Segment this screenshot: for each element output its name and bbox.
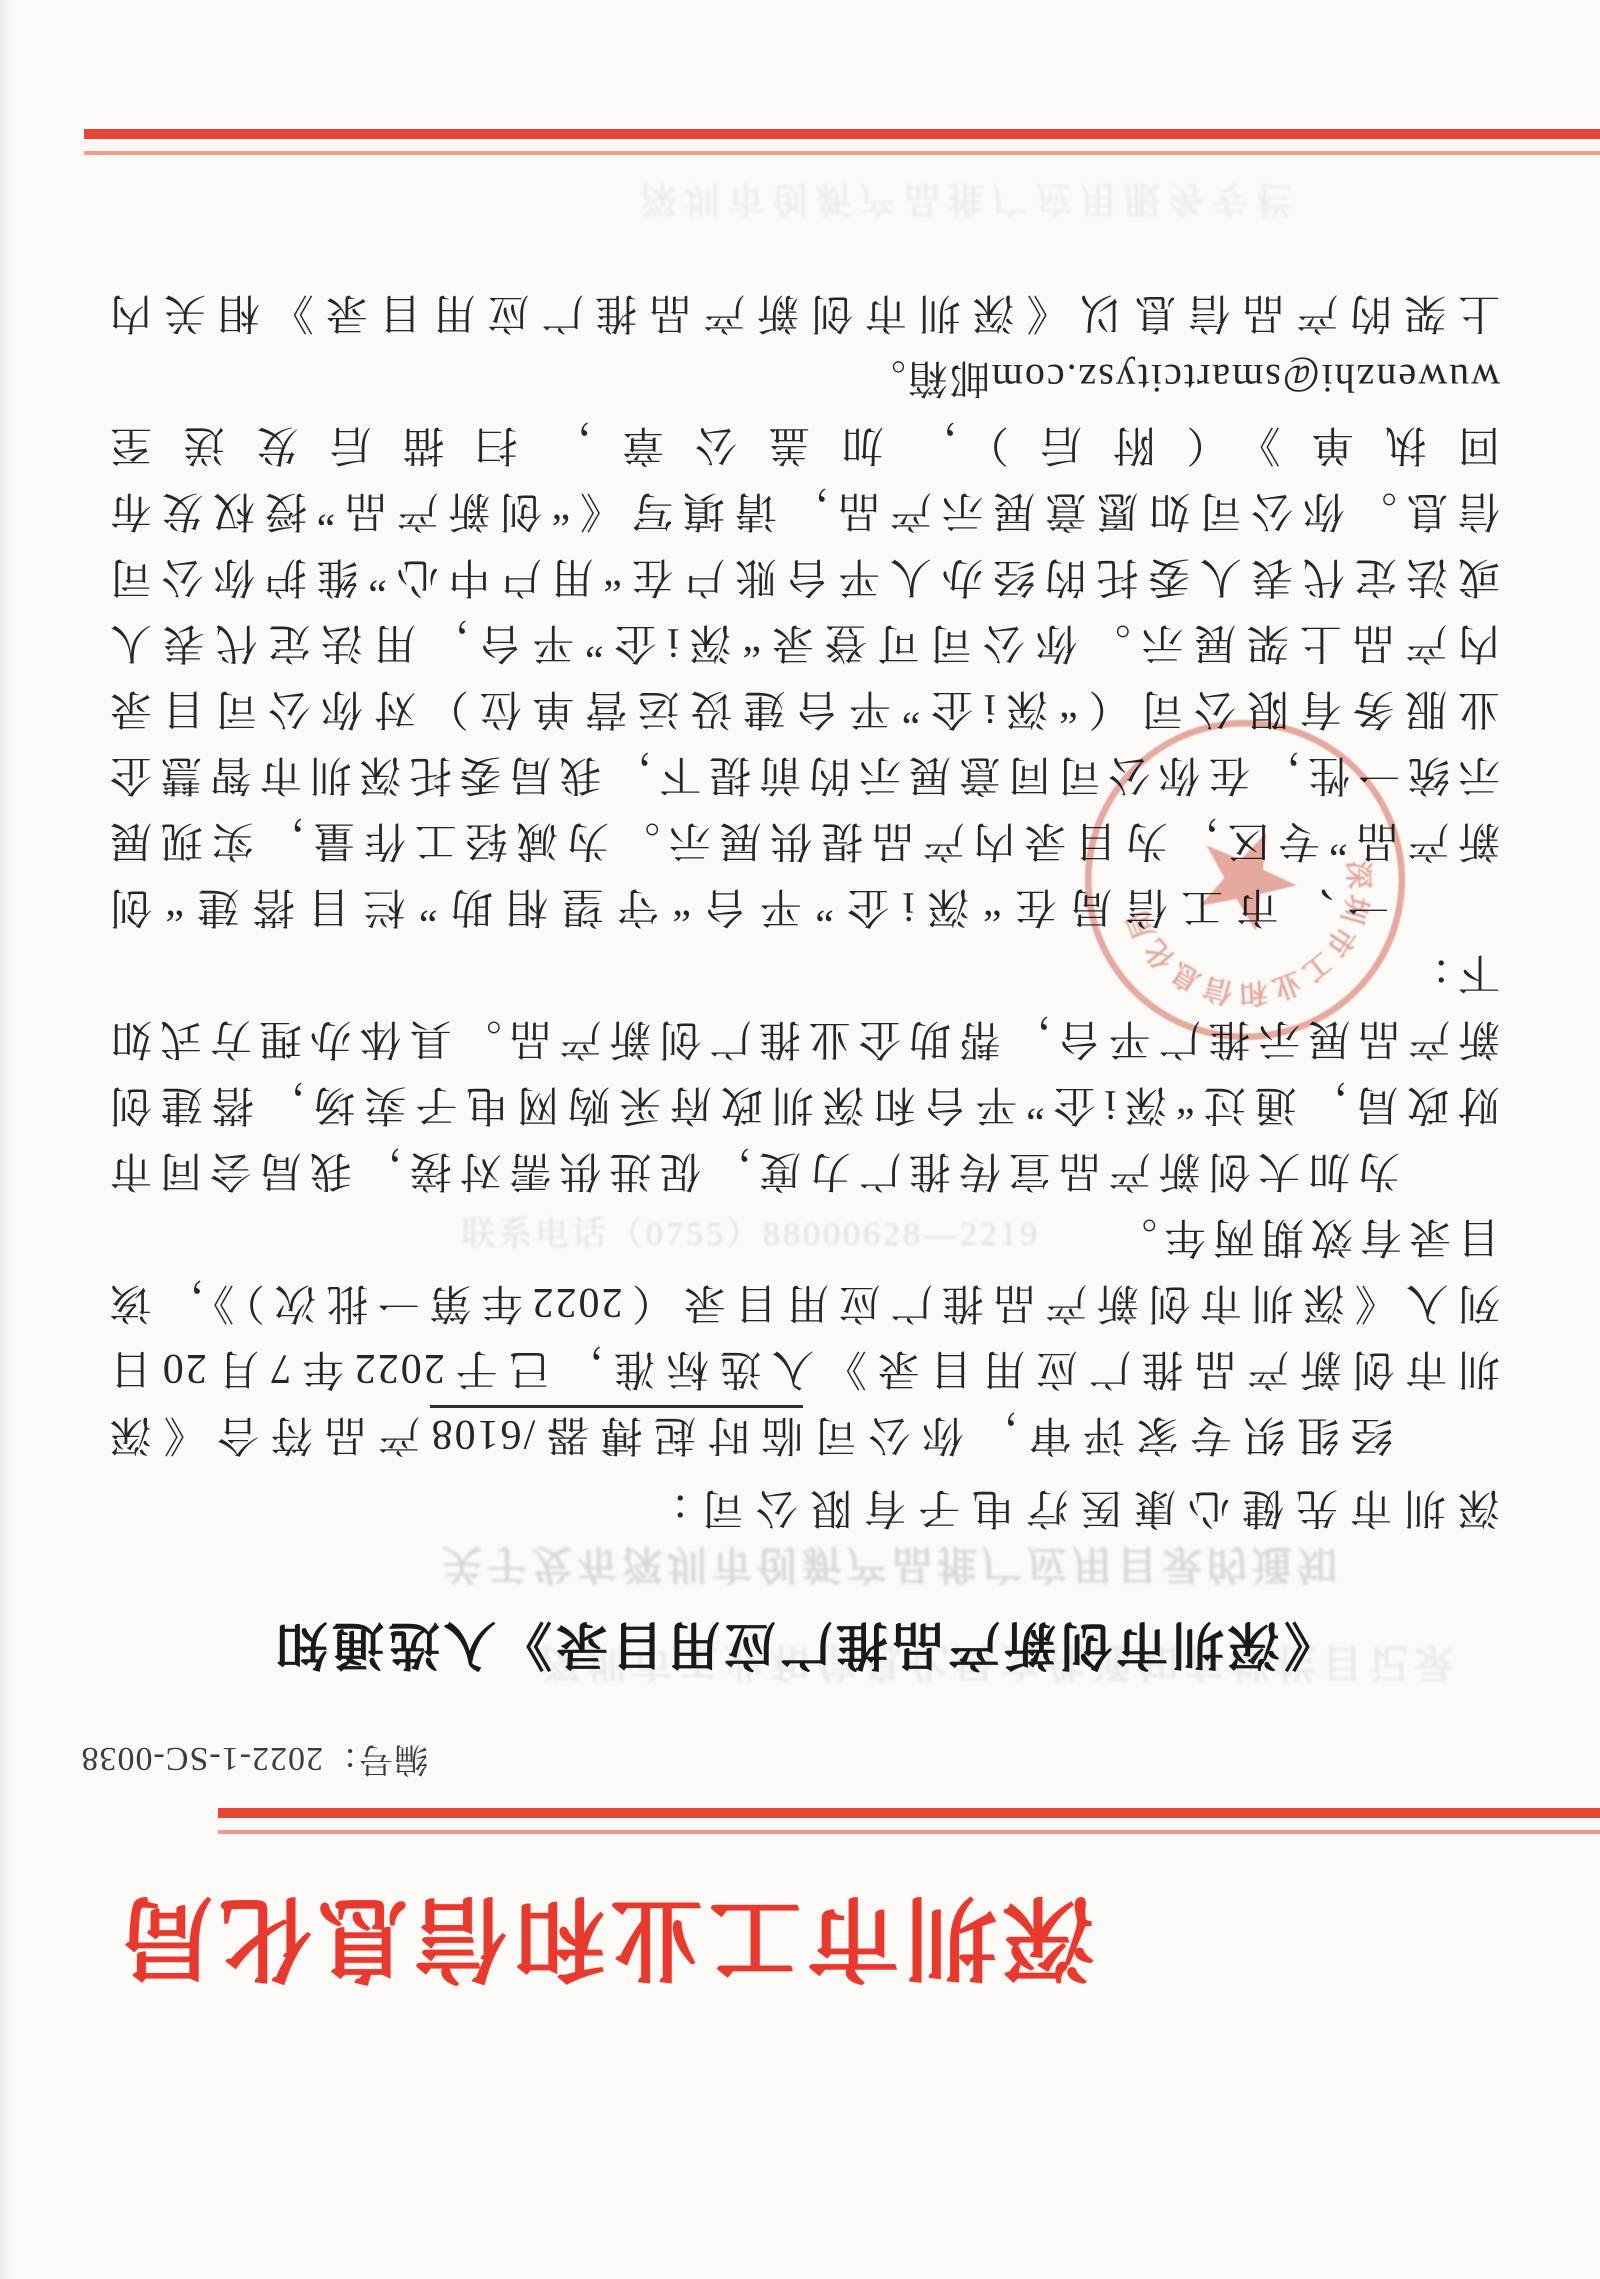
doc-number: 编号：2022-1-SC-0038 — [80, 1738, 428, 1787]
body-line: 圳市创新产品推广应用目录》入选标准，已于2022年7月20日 — [108, 1335, 1500, 1401]
doc-number-label: 编号： — [323, 1740, 428, 1777]
body-line: 为加大创新产品宣传推广力度，促进供需对接，我局会同市 — [108, 1137, 1500, 1203]
body-line: 内产品上架展示。你公司可登录“深i企”平台，用法定代表人 — [108, 609, 1500, 675]
divider-thin-line — [218, 1830, 1600, 1834]
underlined-product-name: 临时起搏器/6108 — [430, 1405, 804, 1457]
scanned-document-page: 深圳市工业和信息化局 编号：2022-1-SC-0038 深圳市工业和信息化局文… — [0, 0, 1600, 2279]
seal-star-icon — [1188, 829, 1304, 941]
p1-prefix: 经组织专家评审，你公司 — [803, 1411, 1500, 1457]
bleed-line: 关于发布深圳市创新产品推广应用目录的通知 — [442, 1539, 1342, 1596]
bleed-line: 深圳市创新产品推广应用服务专栏 — [640, 176, 1300, 227]
footer-thick-line — [84, 129, 1600, 139]
body-line: 或法定代表人委托的经办人平台账户在“用户中心”维护你公司 — [108, 543, 1500, 609]
letterhead-agency: 深圳市工业和信息化局 — [110, 1879, 1095, 2011]
body-line-email: wuwenzhi@smartcitysz.com邮箱。 — [108, 345, 1500, 411]
body-line: 目录有效期两年。 — [108, 1203, 1500, 1269]
official-red-seal: 深圳市工业和信息化局 — [1043, 678, 1446, 1081]
recipient-company: 深圳市先健心康医疗电子有限公司： — [636, 1481, 1500, 1541]
p1-suffix: 产品符合《深 — [108, 1411, 430, 1457]
body-line: 上架的产品信息以《深圳市创新产品推广应用目录》相关内 — [108, 279, 1500, 345]
doc-number-value: 2022-1-SC-0038 — [80, 1740, 323, 1777]
body-line: 经组织专家评审，你公司临时起搏器/6108产品符合《深 — [108, 1401, 1500, 1467]
body-line: 信息。你公司如愿意展示产品，请填写《“创新产品”授权发布 — [108, 477, 1500, 543]
body-line: 财政局，通过“深i企”平台和深圳政府采购网电子卖场，搭建创 — [108, 1071, 1500, 1137]
document-title: 《深圳市创新产品推广应用目录》入选通知 — [108, 1612, 1500, 1687]
body-line: 列入《深圳市创新产品推广应用目录（2022年第一批次）》，该 — [108, 1269, 1500, 1335]
divider-thick-line — [218, 1808, 1600, 1818]
upside-down-document: 深圳市工业和信息化局 编号：2022-1-SC-0038 深圳市工业和信息化局文… — [0, 0, 1600, 2279]
footer-thin-line — [84, 151, 1600, 155]
body-line: 回执单》（附后），加盖公章，扫描后发送至 — [108, 411, 1500, 477]
